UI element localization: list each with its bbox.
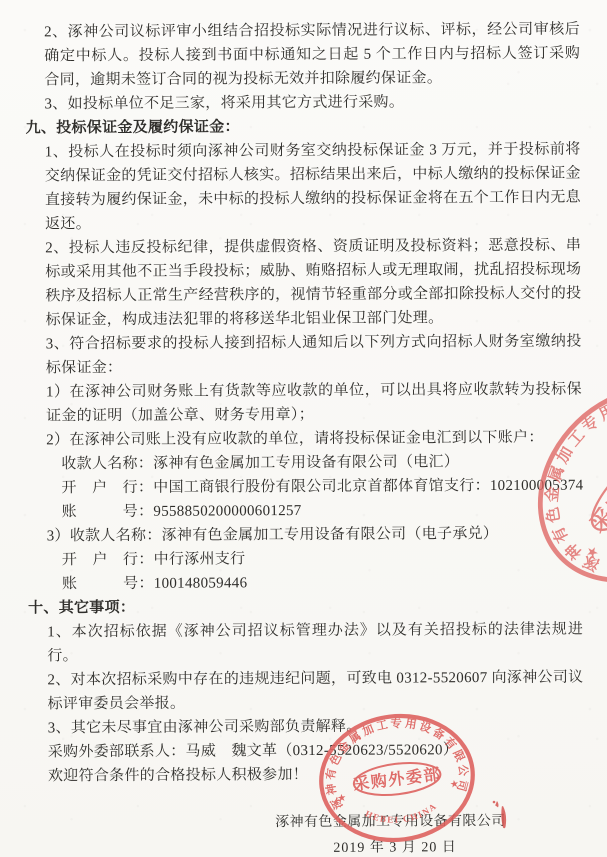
doc-line: 3、其它未尽事宜由涿神公司采购部负责解释。 [48,714,584,741]
doc-line: 3）收款人名称：涿神有色金属加工专用设备有限公司（电子承兑） [47,522,583,549]
signature-date: 2019 年 3 月 20 日 [333,836,607,857]
doc-line: 采购外委部联系人：马威 魏文革（0312-5520623/5520620） [48,738,584,765]
document-text: 2、涿神公司议标评审小组结合招投标实际情况进行议标、评标，经公司审核后确定中标人… [0,17,607,788]
doc-line: 3、符合招标要求的投标人接到招标人通知后以下列方式向招标人财务室缴纳投标保证金： [46,330,582,381]
signature-company: 涿神有色金属加工专用设备有限公司 [275,810,607,834]
doc-line: 2、投标人违反投标纪律，提供虚假资格、资质证明及投标资料；恶意投标、串标或采用其… [45,234,581,333]
doc-line: 账 号：9558850200000601257 [62,498,590,525]
doc-line: 开 户 行：中行涿州支行 [62,546,590,573]
signature-block: 涿神有色金属加工专用设备有限公司 2019 年 3 月 20 日 [4,810,607,857]
doc-line: 2、对本次招标采购中存在的违规违纪问题，可致电 0312-5520607 向涿神… [47,666,583,717]
doc-line: 3、如投标单位不足三家，将采用其它方式进行采购。 [44,90,580,117]
doc-line: 十、其它事项： [28,594,583,621]
document-body: 2、涿神公司议标评审小组结合招投标实际情况进行议标、评标，经公司审核后确定中标人… [0,17,607,857]
doc-line: 1、投标人在投标时须向涿神公司财务室交纳投标保证金 3 万元，并于投标前将交纳保… [45,138,581,237]
doc-line: 2）在涿神公司账上没有应收款的单位，请将投标保证金电汇到以下账户： [46,426,582,453]
doc-line: 账 号：100148059446 [62,570,590,597]
doc-line: 2、涿神公司议标评审小组结合招投标实际情况进行议标、评标，经公司审核后确定中标人… [44,18,580,93]
ink-smudge [489,799,513,833]
doc-line: 九、投标保证金及履约保证金： [26,114,581,141]
doc-line: 1、本次招标依据《涿神公司招议标管理办法》以及有关招投标的法律法规进行。 [47,618,583,669]
scanned-page: 2、涿神公司议标评审小组结合招投标实际情况进行议标、评标，经公司审核后确定中标人… [0,0,607,857]
doc-line: 1）在涿神公司财务账上有货款等应收款的单位，可以出具将应收款转为投标保证金的证明… [46,378,582,429]
doc-line: 欢迎符合条件的合格投标人积极参加！ [48,762,584,789]
doc-line: 收款人名称：涿神有色金属加工专用设备有限公司（电汇） [61,450,589,477]
doc-line: 开 户 行：中国工商银行股份有限公司北京首都体育馆支行：102100005374 [61,474,589,501]
